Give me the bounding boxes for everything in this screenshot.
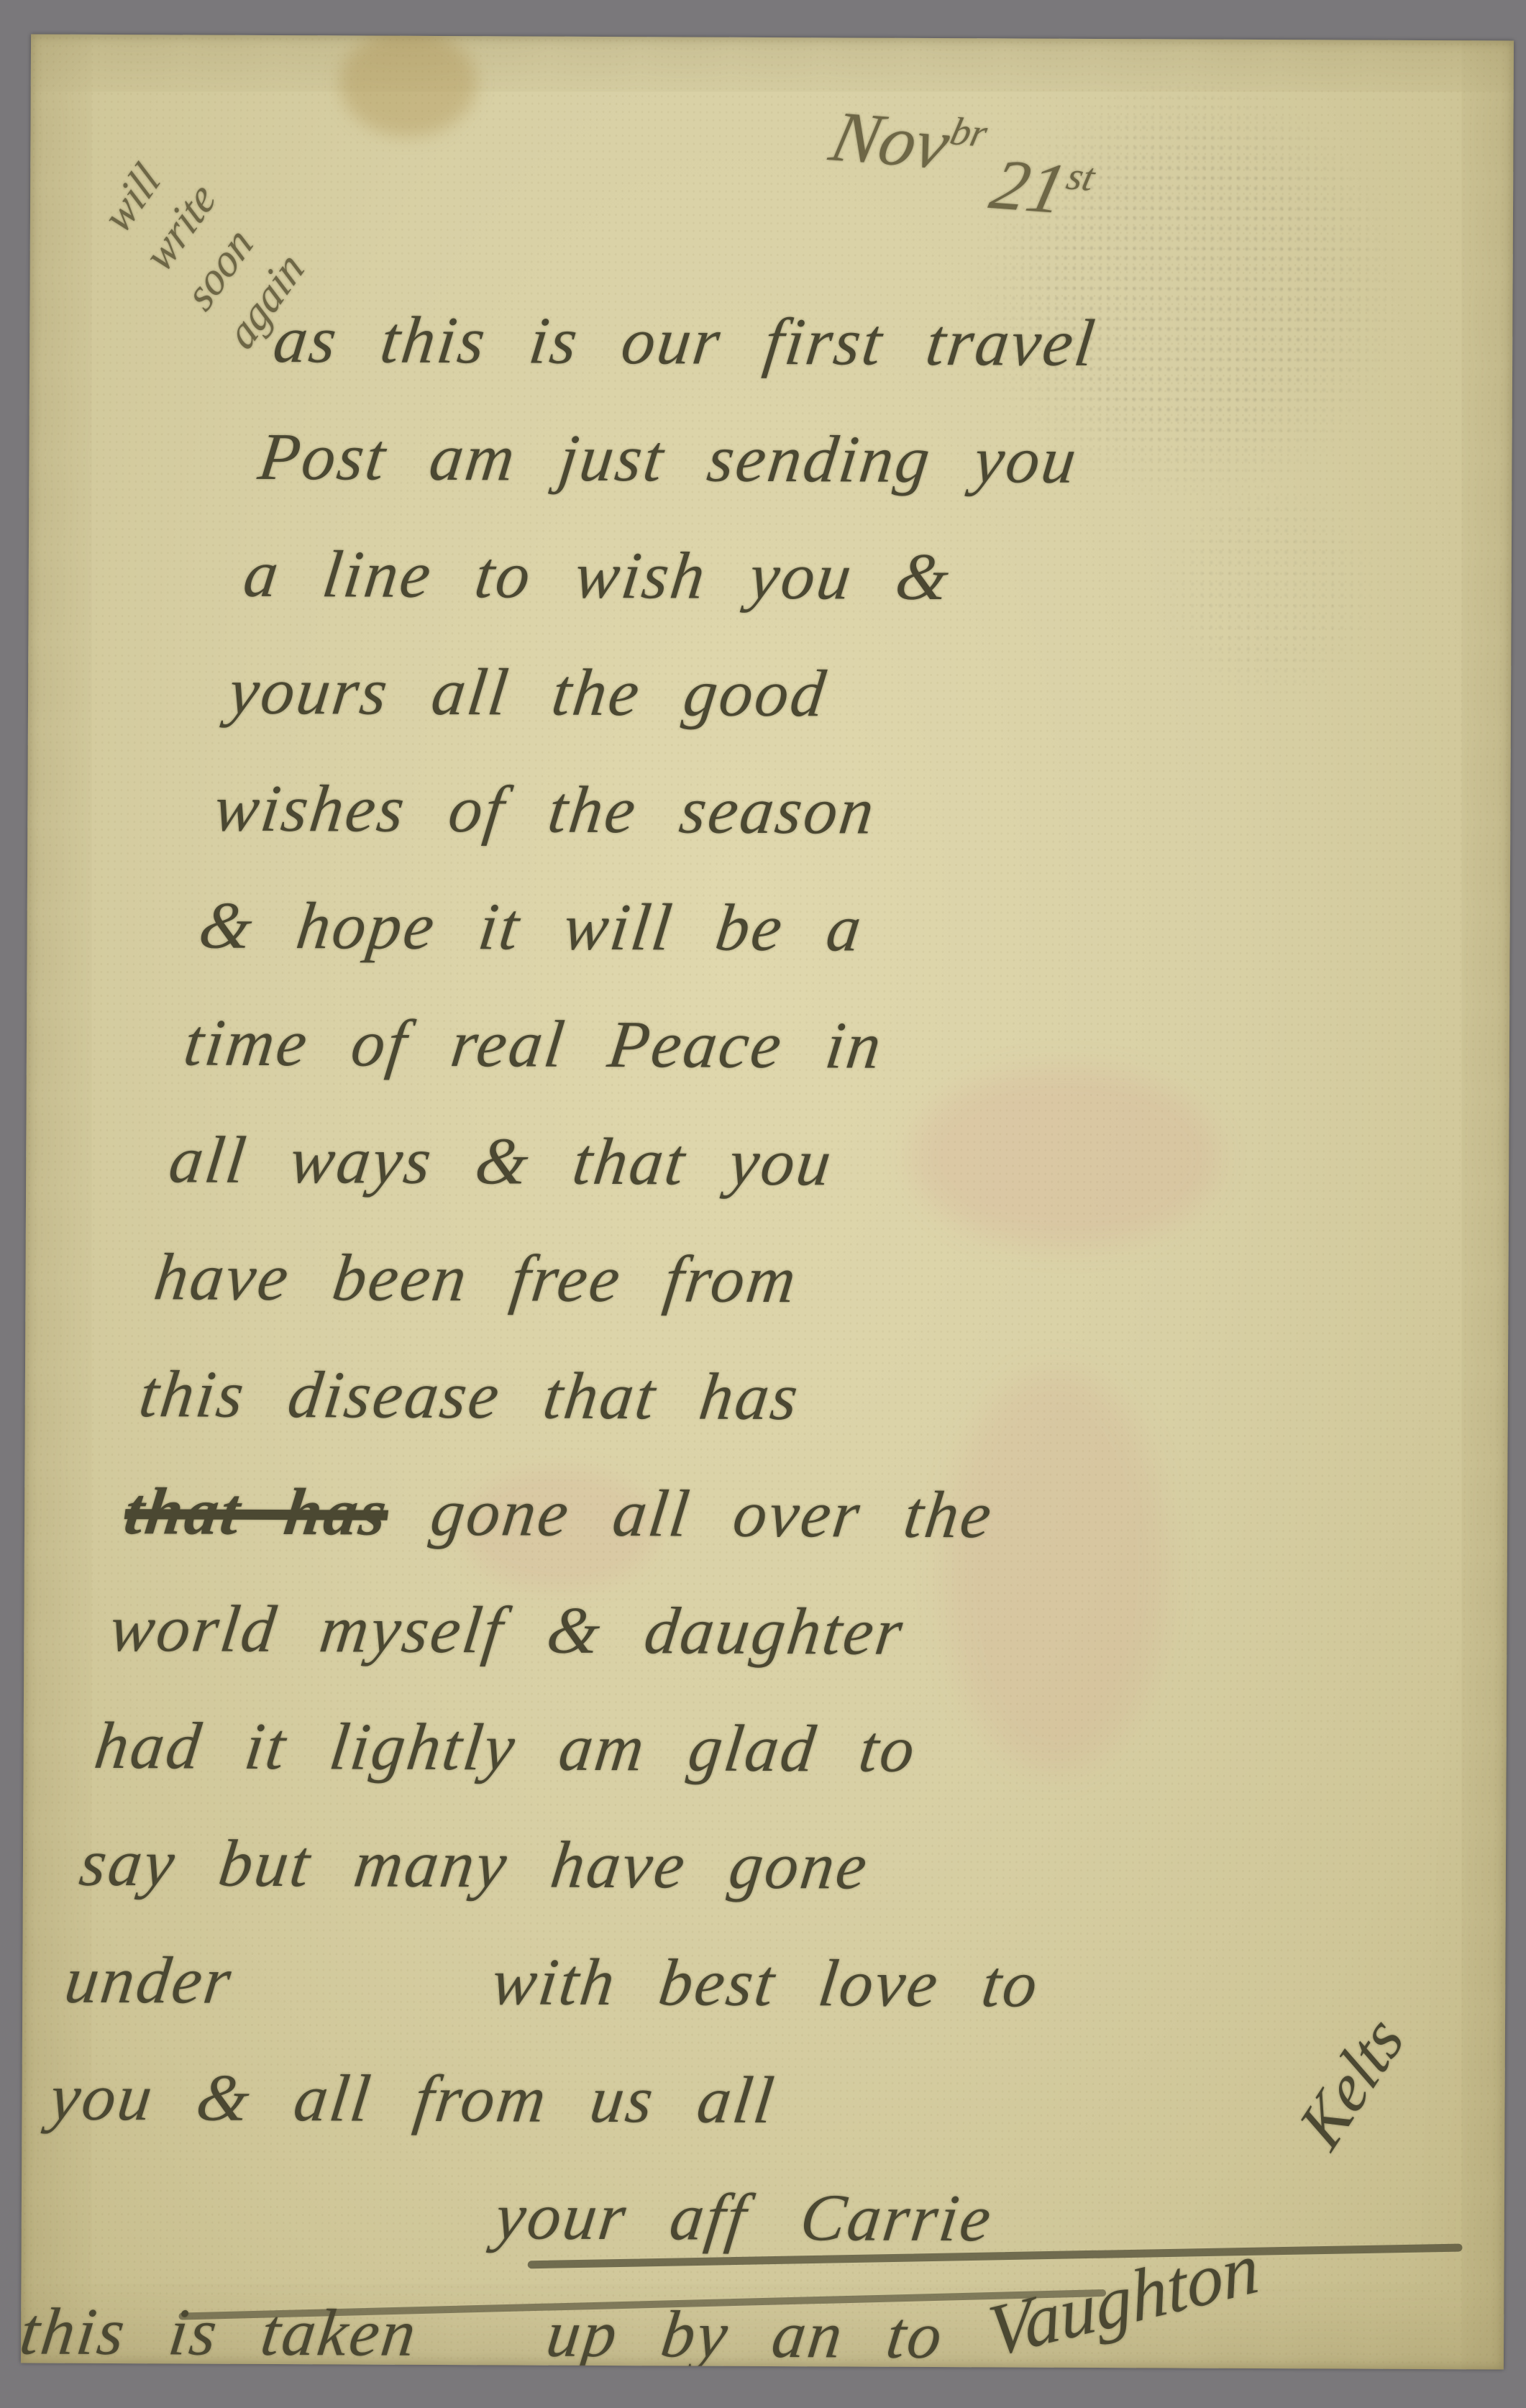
postcard: will write soon again Novbr 21st as this… [21,35,1514,2370]
photo-of-postcard: { "postcard": { "colors": { "paper": "#d… [0,0,1526,2408]
date-day: 21st [966,143,1100,230]
line-remainder: gone all over the [383,1476,997,1553]
handwriting-line: as this is our first travel [267,281,1514,404]
handwriting-line: & hope it will be a [192,867,1514,990]
handwriting-line-with-correction: that has gone all over the [118,1453,1463,1576]
handwriting-line: this disease that has [132,1336,1478,1459]
signature-prefix: your aff [491,2179,795,2255]
message-body: as this is our first travel Post am just… [21,281,1514,2369]
handwriting-line: a line to wish you & [237,516,1514,639]
handwriting-line: Post am just sending you [252,398,1514,521]
date: Novbr 21st [823,95,1109,196]
date-month: Nov [823,96,957,183]
handwriting-line: under with best love to [58,1922,1404,2045]
signature-name: Carrie [786,2181,1007,2256]
handwriting-line: world myself & daughter [103,1570,1448,1693]
handwriting-line: have been free from [147,1218,1493,1341]
date-day-number: 21 [966,143,1074,229]
handwriting-line: yours all the good [222,633,1514,756]
stain [339,35,477,137]
handwriting-line: say but many have gone [73,1805,1419,1928]
handwriting-line: had it lightly am glad to [88,1687,1433,1810]
handwriting-line: time of real Peace in [178,985,1514,1108]
handwriting-line: wishes of the season [207,750,1514,873]
crossed-out-text: that has [121,1474,393,1550]
handwriting-line: all ways & that you [163,1101,1508,1224]
handwriting-line: you & all from us all [43,2039,1389,2162]
